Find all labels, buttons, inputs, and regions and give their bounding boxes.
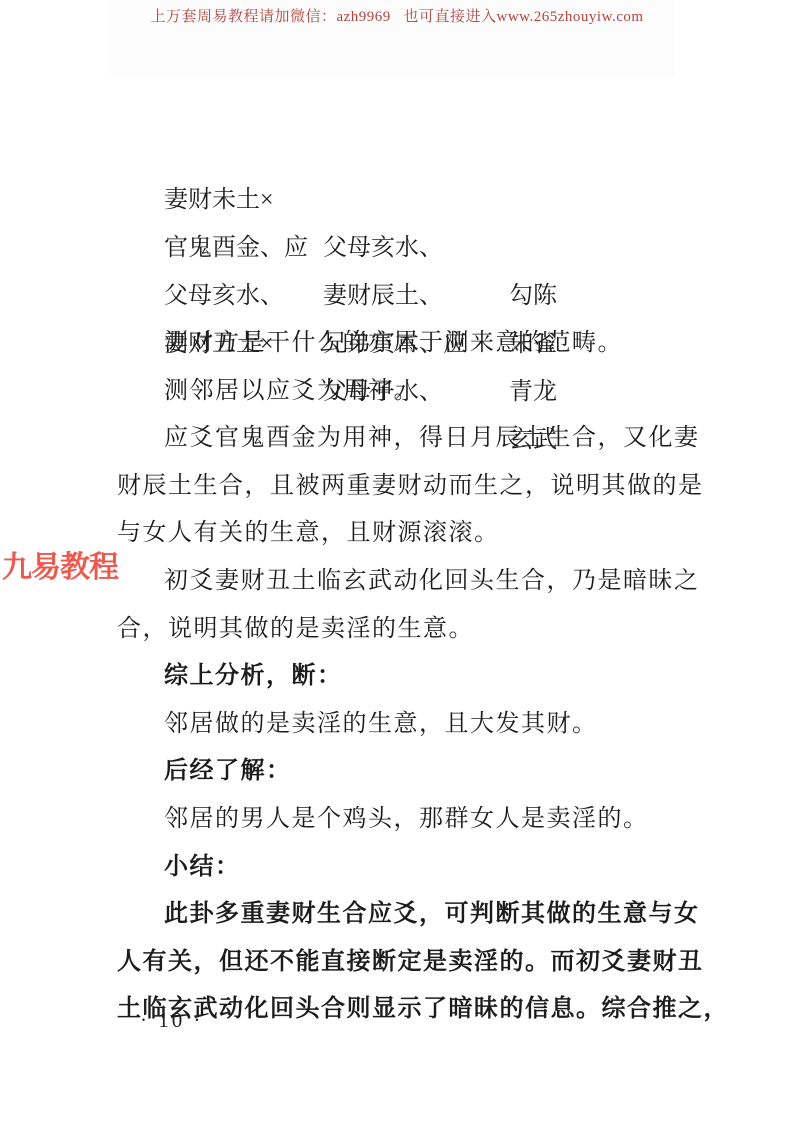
body-text-line: 后经了解： xyxy=(0,748,794,796)
body-text-line: 初爻妻财丑土临玄武动化回头生合，乃是暗昧之 xyxy=(0,558,794,606)
body-text-line: 测对方是干什么的亦属于测来意的范畴。 xyxy=(0,320,794,368)
body-text-line: 小结： xyxy=(0,844,794,892)
body-text-line: 应爻官鬼酉金为用神，得日月辰土生合，又化妻 xyxy=(0,415,794,463)
hexagram-row: 官鬼酉金、应 妻财辰土、 朱雀 xyxy=(0,176,794,224)
body-text-line: 测邻居以应爻为用神。 xyxy=(0,368,794,416)
body-text-line: 综上分析，断： xyxy=(0,653,794,701)
body-text-line: 土临玄武动化回头合则显示了暗昧的信息。综合推之， xyxy=(0,986,794,1034)
hexagram-row: 妻财丑土× 父母子水、 玄武 xyxy=(0,272,794,320)
hexagram-table: 妻财未土× 父母亥水、 勾陈 官鬼酉金、应 妻财辰土、 朱雀 父母亥水、 兄弟寅… xyxy=(0,128,794,320)
body-text-line: 合，说明其做的是卖淫的生意。 xyxy=(0,606,794,654)
hexagram-row: 妻财未土× 父母亥水、 勾陈 xyxy=(0,128,794,176)
promo-header-text: 上万套周易教程请加微信：azh9969 也可直接进入www.265zhouyiw… xyxy=(0,5,794,26)
body-text-line: 财辰土生合，且被两重妻财动而生之，说明其做的是 xyxy=(0,463,794,511)
body-text-line: 邻居做的是卖淫的生意，且大发其财。 xyxy=(0,701,794,749)
body-text-line: 邻居的男人是个鸡头，那群女人是卖淫的。 xyxy=(0,796,794,844)
page-number: · 10 · xyxy=(140,1008,204,1033)
book-page: 上万套周易教程请加微信：azh9969 也可直接进入www.265zhouyiw… xyxy=(0,0,794,1123)
body-text-line: 人有关，但还不能直接断定是卖淫的。而初爻妻财丑 xyxy=(0,939,794,987)
body-text-line: 与女人有关的生意，且财源滚滚。 xyxy=(0,510,794,558)
body-text: 测对方是干什么的亦属于测来意的范畴。 测邻居以应爻为用神。 应爻官鬼酉金为用神，… xyxy=(0,320,794,1034)
hexagram-row: 父母亥水、 兄弟寅木、应 青龙 xyxy=(0,224,794,272)
body-text-line: 此卦多重妻财生合应爻，可判断其做的生意与女 xyxy=(0,891,794,939)
